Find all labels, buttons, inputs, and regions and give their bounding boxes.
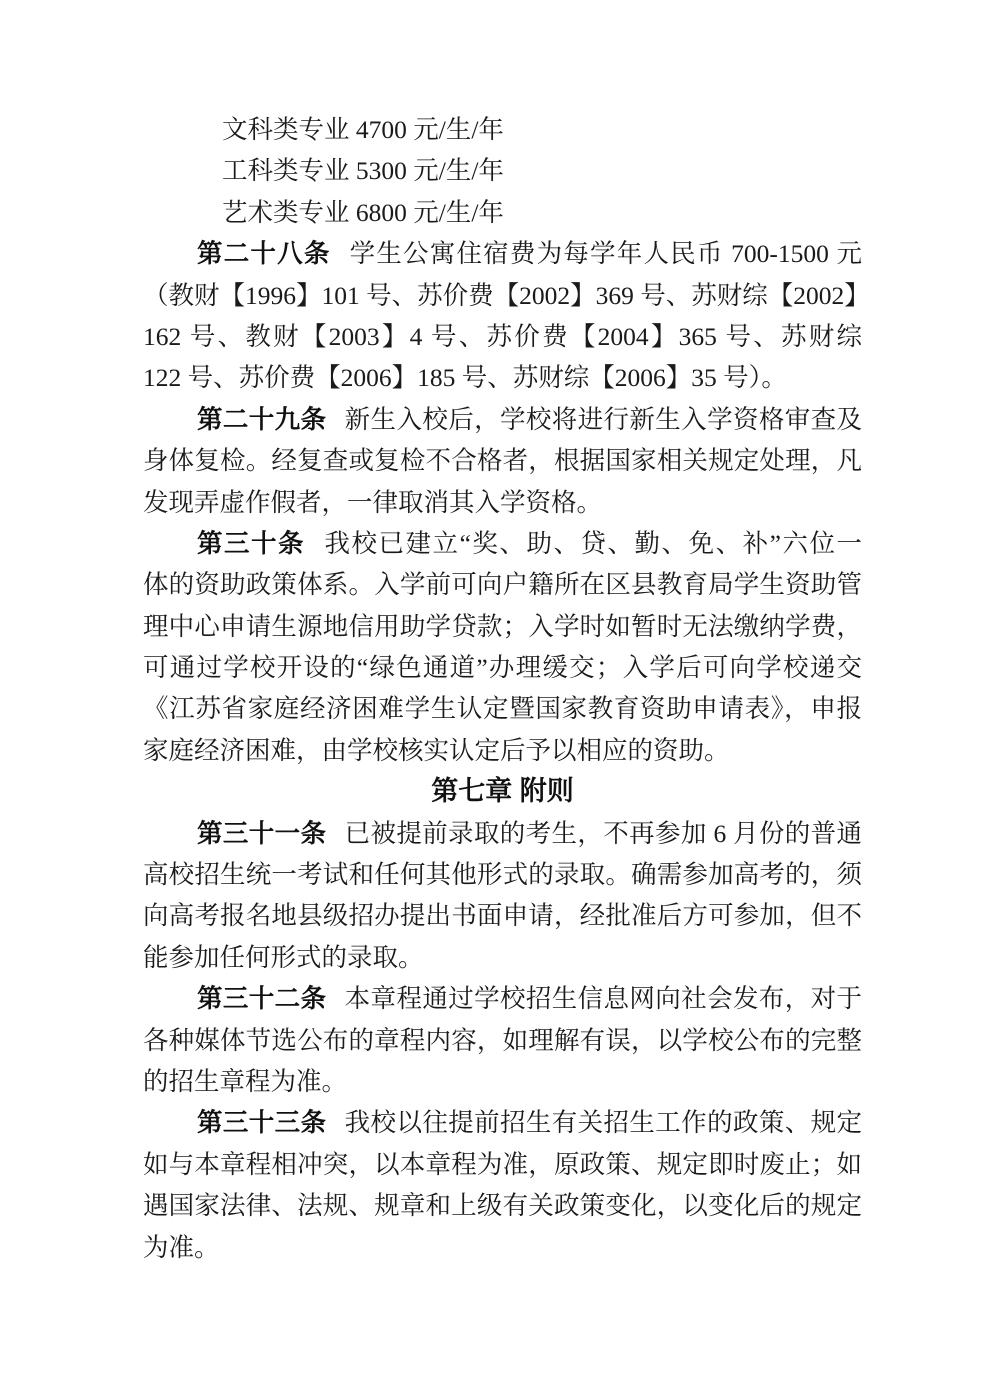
line-text: 工科类专业 5300 元/生/年 (222, 156, 504, 185)
text-line: 各种媒体节选公布的章程内容，如理解有误，以学校公布的完整 (143, 1020, 862, 1061)
article-first-line: 第二十九条 新生入校后，学校将进行新生入学资格审查及 (143, 399, 862, 440)
text-line: 《江苏省家庭经济困难学生认定暨国家教育资助申请表》，申报 (143, 688, 862, 729)
line-text: 122 号、苏价费【2006】185 号、苏财综【2006】35 号）。 (143, 363, 787, 392)
text-line: 可通过学校开设的“绿色通道”办理缓交；入学后可向学校递交 (143, 647, 862, 688)
article-first-line: 第三十三条 我校以往提前招生有关招生工作的政策、规定 (143, 1102, 862, 1143)
text-line: 122 号、苏价费【2006】185 号、苏财综【2006】35 号）。 (143, 357, 862, 398)
article-first-line: 第三十二条 本章程通过学校招生信息网向社会发布，对于 (143, 978, 862, 1019)
line-text: 162 号、教财【2003】4 号、苏价费【2004】365 号、苏财综【200… (143, 322, 862, 357)
fee-line: 艺术类专业 6800 元/生/年 (143, 192, 862, 233)
article-label: 第二十八条 (197, 239, 331, 268)
text-line: 如与本章程相冲突，以本章程为准，原政策、规定即时废止；如 (143, 1144, 862, 1185)
fee-line: 工科类专业 5300 元/生/年 (143, 150, 862, 191)
text-line: 能参加任何形式的录取。 (143, 937, 862, 978)
article-label: 第三十一条 (197, 819, 326, 848)
text-line: 的招生章程为准。 (143, 1061, 862, 1102)
text-line: 发现弄虚作假者，一律取消其入学资格。 (143, 482, 862, 523)
text-line: 理中心申请生源地信用助学贷款；入学时如暂时无法缴纳学费， (143, 606, 862, 647)
line-text: 理中心申请生源地信用助学贷款；入学时如暂时无法缴纳学费， (143, 612, 862, 641)
line-text: 为准。 (143, 1233, 220, 1262)
text-line: 家庭经济困难，由学校核实认定后予以相应的资助。 (143, 730, 862, 771)
line-text: 新生入校后，学校将进行新生入学资格审查及 (345, 405, 862, 434)
text-line: （教财【1996】101 号、苏价费【2002】369 号、苏财综【2002】 (143, 275, 862, 316)
chapter-heading: 第七章 附则 (143, 771, 862, 812)
article-label: 第二十九条 (197, 405, 326, 434)
line-text: 《江苏省家庭经济困难学生认定暨国家教育资助申请表》，申报 (143, 694, 862, 723)
article-first-line: 第二十八条 学生公寓住宿费为每学年人民币 700-1500 元 (143, 233, 862, 274)
line-text: 已被提前录取的考生，不再参加 6 月份的普通 (345, 819, 862, 848)
line-text: 学生公寓住宿费为每学年人民币 700-1500 元 (350, 239, 862, 268)
text-line: 身体复检。经复查或复检不合格者，根据国家相关规定处理，凡 (143, 440, 862, 481)
line-text: 艺术类专业 6800 元/生/年 (222, 198, 504, 227)
fee-line: 文科类专业 4700 元/生/年 (143, 109, 862, 150)
chapter-heading-text: 第七章 附则 (431, 776, 574, 806)
article-label: 第三十条 (197, 529, 305, 558)
text-line: 高校招生统一考试和任何其他形式的录取。确需参加高考的，须 (143, 854, 862, 895)
document-page: 文科类专业 4700 元/生/年工科类专业 5300 元/生/年艺术类专业 68… (0, 0, 1003, 1394)
article-label: 第三十三条 (197, 1108, 326, 1137)
text-line: 为准。 (143, 1227, 862, 1268)
line-text: 文科类专业 4700 元/生/年 (222, 115, 504, 144)
line-text: 可通过学校开设的“绿色通道”办理缓交；入学后可向学校递交 (143, 653, 862, 682)
line-text: 遇国家法律、法规、规章和上级有关政策变化，以变化后的规定 (143, 1191, 862, 1220)
line-text: 的招生章程为准。 (143, 1067, 347, 1096)
line-text: 身体复检。经复查或复检不合格者，根据国家相关规定处理，凡 (143, 446, 862, 475)
article-first-line: 第三十条 我校已建立“奖、助、贷、勤、免、补”六位一 (143, 523, 862, 564)
line-text: （教财【1996】101 号、苏价费【2002】369 号、苏财综【2002】 (143, 281, 862, 310)
text-line: 体的资助政策体系。入学前可向户籍所在区县教育局学生资助管 (143, 564, 862, 605)
article-label: 第三十二条 (197, 984, 326, 1013)
line-text: 如与本章程相冲突，以本章程为准，原政策、规定即时废止；如 (143, 1150, 862, 1179)
article-first-line: 第三十一条 已被提前录取的考生，不再参加 6 月份的普通 (143, 813, 862, 854)
line-text: 体的资助政策体系。入学前可向户籍所在区县教育局学生资助管 (143, 570, 862, 599)
line-text: 能参加任何形式的录取。 (143, 943, 424, 972)
line-text: 家庭经济困难，由学校核实认定后予以相应的资助。 (143, 736, 730, 765)
text-line: 遇国家法律、法规、规章和上级有关政策变化，以变化后的规定 (143, 1185, 862, 1226)
line-text: 高校招生统一考试和任何其他形式的录取。确需参加高考的，须 (143, 860, 862, 889)
line-text: 本章程通过学校招生信息网向社会发布，对于 (345, 984, 862, 1013)
text-line: 向高考报名地县级招办提出书面申请，经批准后方可参加，但不 (143, 895, 862, 936)
line-text: 各种媒体节选公布的章程内容，如理解有误，以学校公布的完整 (143, 1026, 862, 1055)
line-text: 我校已建立“奖、助、贷、勤、免、补”六位一 (324, 529, 862, 558)
line-text: 我校以往提前招生有关招生工作的政策、规定 (345, 1108, 862, 1137)
document-body: 文科类专业 4700 元/生/年工科类专业 5300 元/生/年艺术类专业 68… (143, 109, 862, 1268)
line-text: 发现弄虚作假者，一律取消其入学资格。 (143, 488, 602, 517)
line-text: 向高考报名地县级招办提出书面申请，经批准后方可参加，但不 (143, 901, 862, 930)
text-line: 162 号、教财【2003】4 号、苏价费【2004】365 号、苏财综【200… (143, 316, 862, 357)
